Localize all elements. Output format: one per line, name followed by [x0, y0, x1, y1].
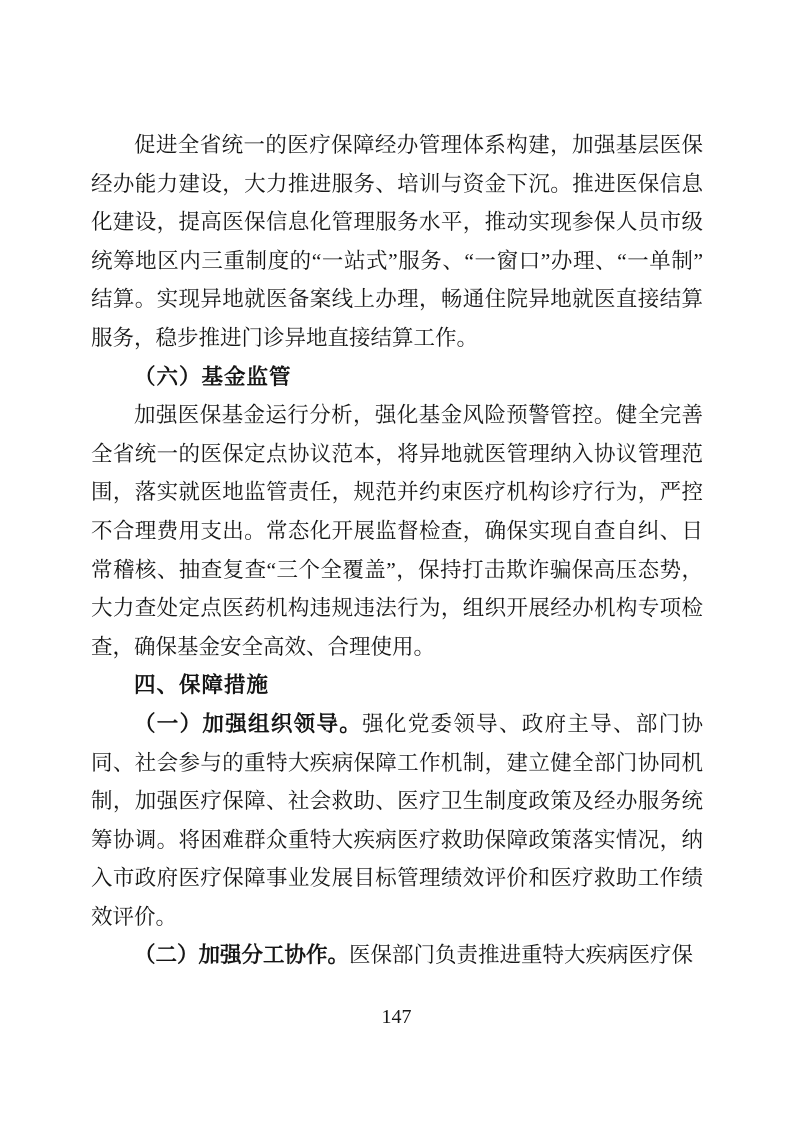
page-number: 147 [0, 1004, 793, 1030]
document-body: 促进全省统一的医疗保障经办管理体系构建，加强基层医保经办能力建设，大力推进服务、… [91, 126, 703, 975]
paragraph-lead-division-cooperation: （二）加强分工协作。 [134, 943, 349, 967]
paragraph-text-division-cooperation: 医保部门负责推进重特大疾病医疗保 [349, 943, 693, 967]
paragraph-lead-organization-leadership: （一）加强组织领导。 [134, 712, 362, 736]
paragraph-organization-leadership: （一）加强组织领导。强化党委领导、政府主导、部门协同、社会参与的重特大疾病保障工… [91, 705, 703, 937]
paragraph-intro: 促进全省统一的医疗保障经办管理体系构建，加强基层医保经办能力建设，大力推进服务、… [91, 126, 703, 358]
paragraph-text-organization-leadership: 强化党委领导、政府主导、部门协同、社会参与的重特大疾病保障工作机制，建立健全部门… [91, 712, 703, 929]
paragraph-division-cooperation: （二）加强分工协作。医保部门负责推进重特大疾病医疗保 [91, 936, 703, 975]
paragraph-fund-supervision: 加强医保基金运行分析，强化基金风险预警管控。健全完善全省统一的医保定点协议范本，… [91, 396, 703, 666]
heading-fund-supervision: （六）基金监管 [91, 358, 703, 397]
heading-safeguard-measures: 四、保障措施 [91, 666, 703, 705]
document-page: 促进全省统一的医疗保障经办管理体系构建，加强基层医保经办能力建设，大力推进服务、… [0, 0, 793, 1122]
